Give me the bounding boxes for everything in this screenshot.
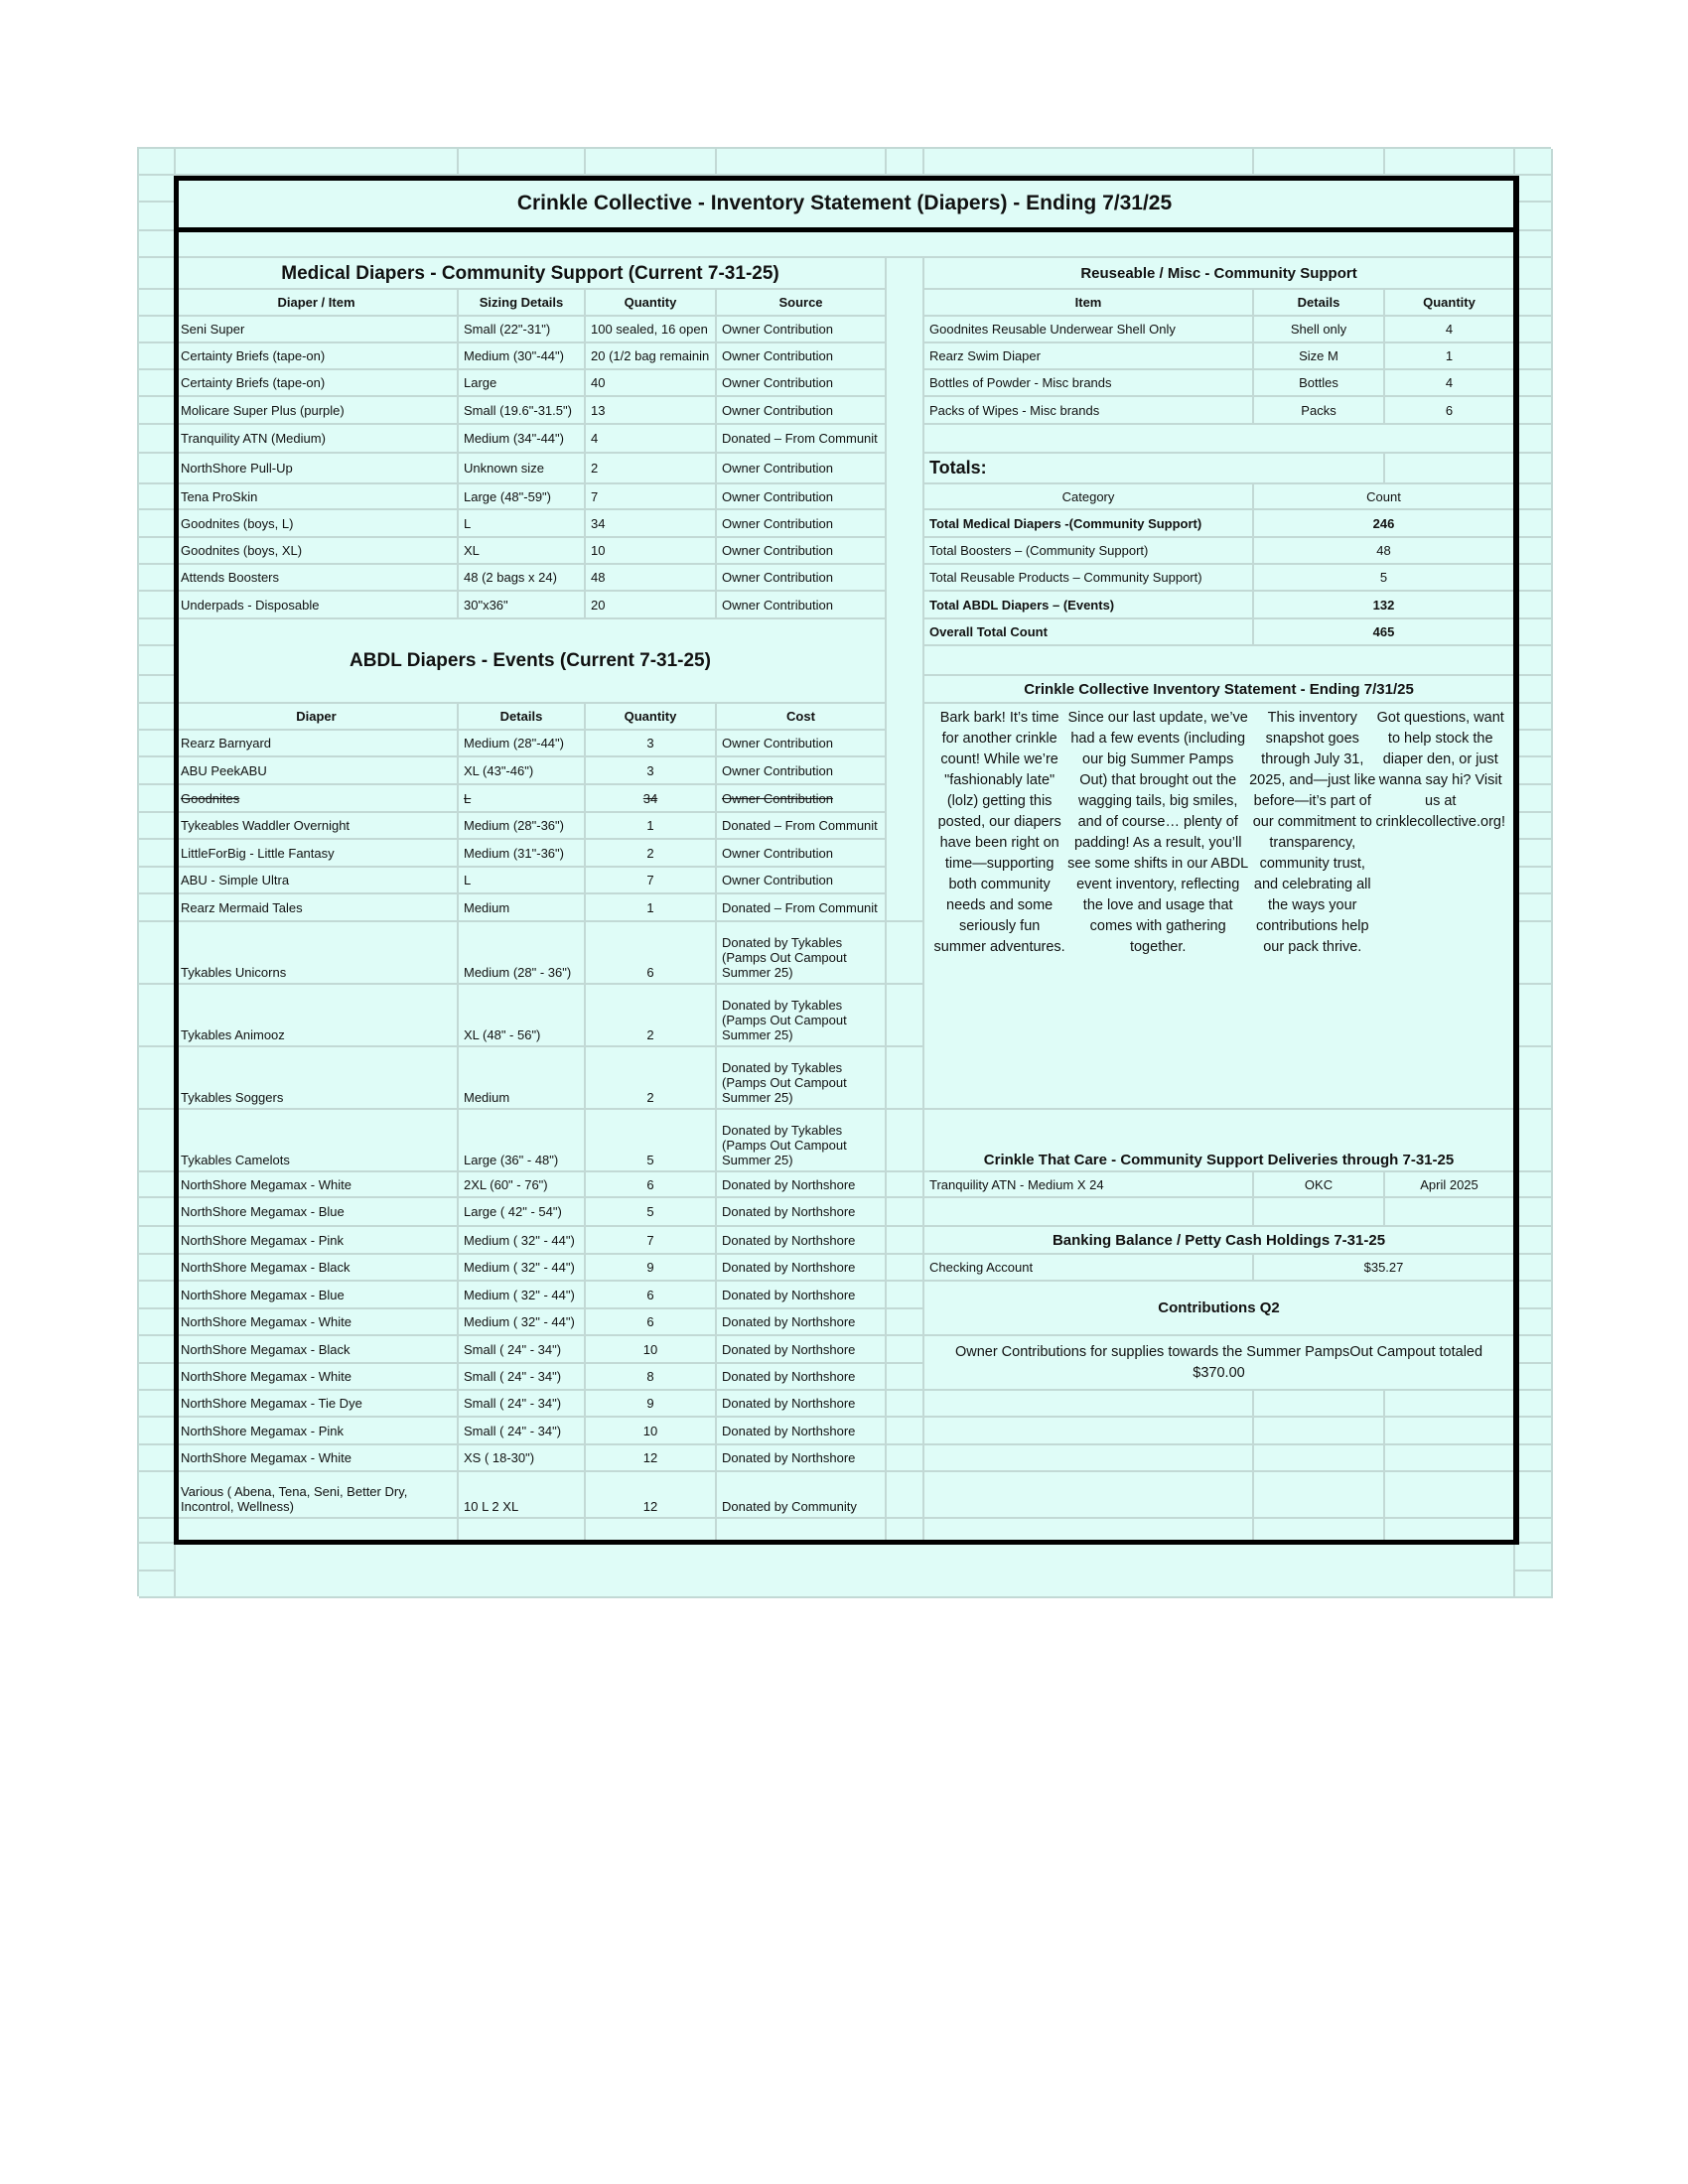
banking-amount[interactable]: $35.27 [1254,1255,1515,1282]
right-margin-cell[interactable] [1515,317,1553,343]
medical-size[interactable]: Small (19.6"-31.5") [459,397,586,425]
row-margin-cell[interactable] [139,785,176,813]
row-margin-cell[interactable] [139,1364,176,1391]
abdl-cost[interactable]: Donated by Northshore [717,1336,887,1364]
medical-size[interactable]: 30"x36" [459,592,586,619]
medical-source[interactable]: Owner Contribution [717,370,887,397]
abdl-details[interactable]: L [459,785,586,813]
abdl-item[interactable]: Rearz Barnyard [176,731,459,757]
right-margin-cell[interactable] [1515,1445,1553,1472]
medical-col-header[interactable]: Sizing Details [459,290,586,317]
abdl-item[interactable]: NorthShore Megamax - Black [176,1255,459,1282]
empty-cell[interactable] [924,1445,1254,1472]
right-margin-cell[interactable] [1515,704,1553,731]
right-margin-cell[interactable] [1515,894,1553,922]
row-margin-cell[interactable] [139,454,176,484]
abdl-details[interactable]: XS ( 18-30") [459,1445,586,1472]
medical-item[interactable]: Certainty Briefs (tape-on) [176,343,459,370]
medical-qty[interactable]: 13 [586,397,717,425]
row-margin-cell[interactable] [139,1519,176,1544]
medical-size[interactable]: Large [459,370,586,397]
empty-cell[interactable] [1254,1445,1385,1472]
medical-qty[interactable]: 7 [586,484,717,510]
medical-item[interactable]: Goodnites (boys, XL) [176,538,459,565]
medical-qty[interactable]: 40 [586,370,717,397]
empty-cell[interactable] [1385,1418,1515,1445]
abdl-details[interactable]: Small ( 24" - 34") [459,1391,586,1418]
empty-cell[interactable] [176,1544,1515,1598]
row-margin-cell[interactable] [139,813,176,840]
medical-source[interactable]: Owner Contribution [717,484,887,510]
empty-cell[interactable] [1385,149,1515,176]
abdl-qty[interactable]: 8 [586,1364,717,1391]
right-margin-cell[interactable] [1515,592,1553,619]
totals-category[interactable]: Total Medical Diapers -(Community Suppor… [924,510,1254,538]
row-margin-cell[interactable] [139,592,176,619]
abdl-cost[interactable]: Owner Contribution [717,868,887,894]
right-margin-cell[interactable] [1515,731,1553,757]
abdl-details[interactable]: Medium (31"-36") [459,840,586,868]
reusable-qty[interactable]: 4 [1385,370,1515,397]
empty-cell[interactable] [924,1472,1254,1519]
abdl-details[interactable]: Large ( 42" - 54") [459,1198,586,1227]
reusable-col-header[interactable]: Item [924,290,1254,317]
empty-cell[interactable] [717,149,887,176]
row-margin-cell[interactable] [139,1544,176,1571]
row-margin-cell[interactable] [139,317,176,343]
spacer-cell[interactable] [887,1282,924,1309]
row-margin-cell[interactable] [139,425,176,454]
medical-size[interactable]: XL [459,538,586,565]
abdl-cost[interactable]: Donated by Tykables (Pamps Out Campout S… [717,922,887,985]
abdl-qty[interactable]: 6 [586,922,717,985]
row-margin-cell[interactable] [139,1391,176,1418]
abdl-cost[interactable]: Owner Contribution [717,757,887,785]
medical-size[interactable]: 48 (2 bags x 24) [459,565,586,592]
empty-cell[interactable] [924,1198,1254,1227]
row-margin-cell[interactable] [139,176,176,203]
empty-cell[interactable] [176,149,459,176]
abdl-item[interactable]: Tykables Animooz [176,985,459,1047]
right-margin-cell[interactable] [1515,1418,1553,1445]
medical-size[interactable]: Small (22"-31") [459,317,586,343]
row-margin-cell[interactable] [139,1255,176,1282]
empty-cell[interactable] [924,149,1254,176]
reusable-details[interactable]: Packs [1254,397,1385,425]
row-margin-cell[interactable] [139,231,176,258]
abdl-cost[interactable]: Owner Contribution [717,785,887,813]
row-margin-cell[interactable] [139,290,176,317]
medical-item[interactable]: Tranquility ATN (Medium) [176,425,459,454]
right-margin-cell[interactable] [1515,1571,1553,1598]
medical-qty[interactable]: 20 (1/2 bag remainin [586,343,717,370]
abdl-heading[interactable]: ABDL Diapers - Events (Current 7-31-25) [176,619,887,704]
medical-source[interactable]: Owner Contribution [717,454,887,484]
right-margin-cell[interactable] [1515,676,1553,704]
spacer-cell[interactable] [887,1309,924,1336]
medical-qty[interactable]: 4 [586,425,717,454]
row-margin-cell[interactable] [139,565,176,592]
spacer-cell[interactable] [887,1047,924,1110]
abdl-qty[interactable]: 1 [586,813,717,840]
row-margin-cell[interactable] [139,1336,176,1364]
abdl-details[interactable]: Medium (28"-44") [459,731,586,757]
spacer-cell[interactable] [887,1198,924,1227]
medical-size[interactable]: Unknown size [459,454,586,484]
abdl-details[interactable]: Medium [459,894,586,922]
deliveries-heading[interactable]: Crinkle That Care - Community Support De… [924,1110,1515,1172]
row-margin-cell[interactable] [139,1571,176,1598]
medical-size[interactable]: L [459,510,586,538]
abdl-cost[interactable]: Donated by Community [717,1472,887,1519]
abdl-details[interactable]: Small ( 24" - 34") [459,1364,586,1391]
right-margin-cell[interactable] [1515,454,1553,484]
totals-count[interactable]: 465 [1254,619,1515,646]
abdl-cost[interactable]: Donated – From Communit [717,894,887,922]
row-margin-cell[interactable] [139,985,176,1047]
spacer-cell[interactable] [887,1391,924,1418]
spacer-column[interactable] [887,258,924,922]
row-margin-cell[interactable] [139,484,176,510]
medical-source[interactable]: Owner Contribution [717,592,887,619]
spacer-cell[interactable] [887,1172,924,1198]
right-margin-cell[interactable] [1515,985,1553,1047]
abdl-qty[interactable]: 10 [586,1336,717,1364]
row-margin-cell[interactable] [139,203,176,231]
abdl-details[interactable]: Medium ( 32" - 44") [459,1255,586,1282]
medical-source[interactable]: Owner Contribution [717,510,887,538]
abdl-cost[interactable]: Donated by Northshore [717,1255,887,1282]
right-margin-cell[interactable] [1515,1309,1553,1336]
reusable-details[interactable]: Bottles [1254,370,1385,397]
medical-col-header[interactable]: Quantity [586,290,717,317]
abdl-cost[interactable]: Owner Contribution [717,840,887,868]
right-margin-cell[interactable] [1515,176,1553,203]
abdl-qty[interactable]: 12 [586,1445,717,1472]
row-margin-cell[interactable] [139,1282,176,1309]
empty-cell[interactable] [1254,1472,1385,1519]
empty-cell[interactable] [176,231,1515,258]
abdl-details[interactable]: Small ( 24" - 34") [459,1418,586,1445]
empty-cell[interactable] [1385,1472,1515,1519]
abdl-qty[interactable]: 1 [586,894,717,922]
medical-item[interactable]: Seni Super [176,317,459,343]
totals-col-header[interactable]: Category [924,484,1254,510]
row-margin-cell[interactable] [139,894,176,922]
abdl-cost[interactable]: Donated by Tykables (Pamps Out Campout S… [717,1110,887,1172]
right-margin-cell[interactable] [1515,813,1553,840]
row-margin-cell[interactable] [139,149,176,176]
right-margin-cell[interactable] [1515,203,1553,231]
page-title[interactable]: Crinkle Collective - Inventory Statement… [176,176,1515,231]
abdl-cost[interactable]: Donated by Tykables (Pamps Out Campout S… [717,985,887,1047]
spacer-cell[interactable] [887,985,924,1047]
abdl-qty[interactable]: 6 [586,1172,717,1198]
abdl-qty[interactable]: 3 [586,731,717,757]
row-margin-cell[interactable] [139,1445,176,1472]
empty-cell[interactable] [887,149,924,176]
spacer-cell[interactable] [887,1418,924,1445]
right-margin-cell[interactable] [1515,922,1553,985]
empty-cell[interactable] [1385,1391,1515,1418]
abdl-details[interactable]: 10 L 2 XL [459,1472,586,1519]
spacer-cell[interactable] [887,922,924,985]
abdl-item[interactable]: NorthShore Megamax - White [176,1445,459,1472]
abdl-col-header[interactable]: Diaper [176,704,459,731]
reusable-qty[interactable]: 1 [1385,343,1515,370]
abdl-qty[interactable]: 2 [586,840,717,868]
abdl-cost[interactable]: Donated by Northshore [717,1198,887,1227]
row-margin-cell[interactable] [139,757,176,785]
right-margin-cell[interactable] [1515,258,1553,290]
abdl-col-header[interactable]: Details [459,704,586,731]
statement-body[interactable]: Bark bark! It’s time for another crinkle… [924,704,1515,1110]
delivery-location[interactable]: OKC [1254,1172,1385,1198]
spacer-cell[interactable] [887,1110,924,1172]
reusable-qty[interactable]: 6 [1385,397,1515,425]
delivery-date[interactable]: April 2025 [1385,1172,1515,1198]
abdl-details[interactable]: Medium [459,1047,586,1110]
right-margin-cell[interactable] [1515,425,1553,454]
row-margin-cell[interactable] [139,370,176,397]
right-margin-cell[interactable] [1515,510,1553,538]
right-margin-cell[interactable] [1515,1047,1553,1110]
abdl-item[interactable]: NorthShore Megamax - White [176,1309,459,1336]
right-margin-cell[interactable] [1515,149,1553,176]
medical-source[interactable]: Owner Contribution [717,538,887,565]
abdl-details[interactable]: Medium (28" - 36") [459,922,586,985]
empty-cell[interactable] [924,425,1515,454]
abdl-qty[interactable]: 7 [586,868,717,894]
reusable-details[interactable]: Size M [1254,343,1385,370]
abdl-cost[interactable]: Donated by Northshore [717,1418,887,1445]
right-margin-cell[interactable] [1515,757,1553,785]
abdl-cost[interactable]: Donated by Northshore [717,1282,887,1309]
abdl-qty[interactable]: 2 [586,985,717,1047]
abdl-qty[interactable]: 5 [586,1110,717,1172]
row-margin-cell[interactable] [139,1047,176,1110]
abdl-item[interactable]: NorthShore Megamax - Blue [176,1282,459,1309]
row-margin-cell[interactable] [139,840,176,868]
abdl-details[interactable]: Medium ( 32" - 44") [459,1282,586,1309]
spacer-cell[interactable] [887,1445,924,1472]
right-margin-cell[interactable] [1515,370,1553,397]
abdl-qty[interactable]: 5 [586,1198,717,1227]
right-margin-cell[interactable] [1515,840,1553,868]
abdl-qty[interactable]: 9 [586,1391,717,1418]
empty-cell[interactable] [1254,1391,1385,1418]
empty-cell[interactable] [1254,149,1385,176]
row-margin-cell[interactable] [139,343,176,370]
medical-item[interactable]: Underpads - Disposable [176,592,459,619]
banking-account[interactable]: Checking Account [924,1255,1254,1282]
row-margin-cell[interactable] [139,731,176,757]
abdl-item[interactable]: NorthShore Megamax - Pink [176,1418,459,1445]
abdl-item[interactable]: LittleForBig - Little Fantasy [176,840,459,868]
medical-item[interactable]: Goodnites (boys, L) [176,510,459,538]
row-margin-cell[interactable] [139,1472,176,1519]
right-margin-cell[interactable] [1515,1544,1553,1571]
row-margin-cell[interactable] [139,1227,176,1255]
abdl-details[interactable]: Medium (28"-36") [459,813,586,840]
right-margin-cell[interactable] [1515,1110,1553,1172]
empty-cell[interactable] [586,149,717,176]
totals-count[interactable]: 246 [1254,510,1515,538]
right-margin-cell[interactable] [1515,1336,1553,1364]
medical-item[interactable]: Tena ProSkin [176,484,459,510]
row-margin-cell[interactable] [139,619,176,646]
abdl-item[interactable]: NorthShore Megamax - Tie Dye [176,1391,459,1418]
medical-size[interactable]: Large (48"-59") [459,484,586,510]
totals-heading[interactable]: Totals: [924,454,1385,484]
medical-item[interactable]: Attends Boosters [176,565,459,592]
right-margin-cell[interactable] [1515,538,1553,565]
medical-item[interactable]: Certainty Briefs (tape-on) [176,370,459,397]
abdl-qty[interactable]: 7 [586,1227,717,1255]
empty-cell[interactable] [1254,1418,1385,1445]
abdl-details[interactable]: Large (36" - 48") [459,1110,586,1172]
abdl-qty[interactable]: 6 [586,1282,717,1309]
medical-col-header[interactable]: Diaper / Item [176,290,459,317]
row-margin-cell[interactable] [139,510,176,538]
abdl-col-header[interactable]: Cost [717,704,887,731]
spacer-cell[interactable] [887,1336,924,1364]
abdl-item[interactable]: NorthShore Megamax - White [176,1172,459,1198]
empty-cell[interactable] [1385,1445,1515,1472]
medical-size[interactable]: Medium (30"-44") [459,343,586,370]
reusable-item[interactable]: Goodnites Reusable Underwear Shell Only [924,317,1254,343]
row-margin-cell[interactable] [139,704,176,731]
right-margin-cell[interactable] [1515,1282,1553,1309]
abdl-details[interactable]: Medium ( 32" - 44") [459,1309,586,1336]
reusable-item[interactable]: Bottles of Powder - Misc brands [924,370,1254,397]
abdl-qty[interactable]: 6 [586,1309,717,1336]
medical-item[interactable]: NorthShore Pull-Up [176,454,459,484]
right-margin-cell[interactable] [1515,565,1553,592]
abdl-item[interactable]: Various ( Abena, Tena, Seni, Better Dry,… [176,1472,459,1519]
empty-cell[interactable] [924,1418,1254,1445]
medical-source[interactable]: Donated – From Communit [717,425,887,454]
right-margin-cell[interactable] [1515,785,1553,813]
spacer-cell[interactable] [887,1227,924,1255]
row-margin-cell[interactable] [139,676,176,704]
right-margin-cell[interactable] [1515,619,1553,646]
abdl-item[interactable]: Tykables Unicorns [176,922,459,985]
abdl-item[interactable]: Tykeables Waddler Overnight [176,813,459,840]
abdl-item[interactable]: NorthShore Megamax - Black [176,1336,459,1364]
abdl-cost[interactable]: Donated by Northshore [717,1227,887,1255]
abdl-qty[interactable]: 12 [586,1472,717,1519]
abdl-item[interactable]: NorthShore Megamax - Pink [176,1227,459,1255]
medical-qty[interactable]: 20 [586,592,717,619]
totals-count[interactable]: 132 [1254,592,1515,619]
totals-category[interactable]: Total ABDL Diapers – (Events) [924,592,1254,619]
contributions-text[interactable]: Owner Contributions for supplies towards… [924,1336,1515,1391]
abdl-details[interactable]: Medium ( 32" - 44") [459,1227,586,1255]
right-margin-cell[interactable] [1515,1364,1553,1391]
medical-size[interactable]: Medium (34"-44") [459,425,586,454]
abdl-details[interactable]: 2XL (60" - 76") [459,1172,586,1198]
medical-qty[interactable]: 2 [586,454,717,484]
row-margin-cell[interactable] [139,1309,176,1336]
abdl-cost[interactable]: Owner Contribution [717,731,887,757]
row-margin-cell[interactable] [139,1172,176,1198]
medical-item[interactable]: Molicare Super Plus (purple) [176,397,459,425]
right-margin-cell[interactable] [1515,397,1553,425]
spacer-cell[interactable] [887,1364,924,1391]
medical-heading[interactable]: Medical Diapers - Community Support (Cur… [176,258,887,290]
right-margin-cell[interactable] [1515,290,1553,317]
banking-heading[interactable]: Banking Balance / Petty Cash Holdings 7-… [924,1227,1515,1255]
abdl-item[interactable]: Rearz Mermaid Tales [176,894,459,922]
row-margin-cell[interactable] [139,1418,176,1445]
abdl-item[interactable]: Goodnites [176,785,459,813]
abdl-details[interactable]: L [459,868,586,894]
right-margin-cell[interactable] [1515,1172,1553,1198]
reusable-heading[interactable]: Reuseable / Misc - Community Support [924,258,1515,290]
row-margin-cell[interactable] [139,538,176,565]
abdl-cost[interactable]: Donated by Tykables (Pamps Out Campout S… [717,1047,887,1110]
right-margin-cell[interactable] [1515,1198,1553,1227]
totals-category[interactable]: Total Boosters – (Community Support) [924,538,1254,565]
medical-source[interactable]: Owner Contribution [717,317,887,343]
abdl-cost[interactable]: Donated by Northshore [717,1445,887,1472]
reusable-col-header[interactable]: Quantity [1385,290,1515,317]
abdl-item[interactable]: ABU - Simple Ultra [176,868,459,894]
right-margin-cell[interactable] [1515,1519,1553,1544]
right-margin-cell[interactable] [1515,868,1553,894]
totals-col-header[interactable]: Count [1254,484,1515,510]
right-margin-cell[interactable] [1515,484,1553,510]
empty-cell[interactable] [459,149,586,176]
abdl-col-header[interactable]: Quantity [586,704,717,731]
reusable-qty[interactable]: 4 [1385,317,1515,343]
medical-col-header[interactable]: Source [717,290,887,317]
reusable-item[interactable]: Rearz Swim Diaper [924,343,1254,370]
totals-count[interactable]: 48 [1254,538,1515,565]
right-margin-cell[interactable] [1515,1391,1553,1418]
delivery-item[interactable]: Tranquility ATN - Medium X 24 [924,1172,1254,1198]
abdl-details[interactable]: Small ( 24" - 34") [459,1336,586,1364]
row-margin-cell[interactable] [139,868,176,894]
row-margin-cell[interactable] [139,922,176,985]
medical-source[interactable]: Owner Contribution [717,565,887,592]
abdl-qty[interactable]: 3 [586,757,717,785]
totals-category[interactable]: Overall Total Count [924,619,1254,646]
abdl-item[interactable]: ABU PeekABU [176,757,459,785]
spacer-cell[interactable] [887,1255,924,1282]
abdl-item[interactable]: Tykables Soggers [176,1047,459,1110]
medical-qty[interactable]: 48 [586,565,717,592]
abdl-cost[interactable]: Donated by Northshore [717,1172,887,1198]
right-margin-cell[interactable] [1515,1472,1553,1519]
medical-qty[interactable]: 100 sealed, 16 open [586,317,717,343]
row-margin-cell[interactable] [139,258,176,290]
totals-count[interactable]: 5 [1254,565,1515,592]
reusable-col-header[interactable]: Details [1254,290,1385,317]
right-margin-cell[interactable] [1515,646,1553,676]
medical-source[interactable]: Owner Contribution [717,343,887,370]
abdl-qty[interactable]: 10 [586,1418,717,1445]
medical-qty[interactable]: 34 [586,510,717,538]
abdl-item[interactable]: Tykables Camelots [176,1110,459,1172]
empty-cell[interactable] [924,1391,1254,1418]
right-margin-cell[interactable] [1515,343,1553,370]
abdl-cost[interactable]: Donated by Northshore [717,1309,887,1336]
abdl-item[interactable]: NorthShore Megamax - Blue [176,1198,459,1227]
reusable-item[interactable]: Packs of Wipes - Misc brands [924,397,1254,425]
abdl-qty[interactable]: 9 [586,1255,717,1282]
